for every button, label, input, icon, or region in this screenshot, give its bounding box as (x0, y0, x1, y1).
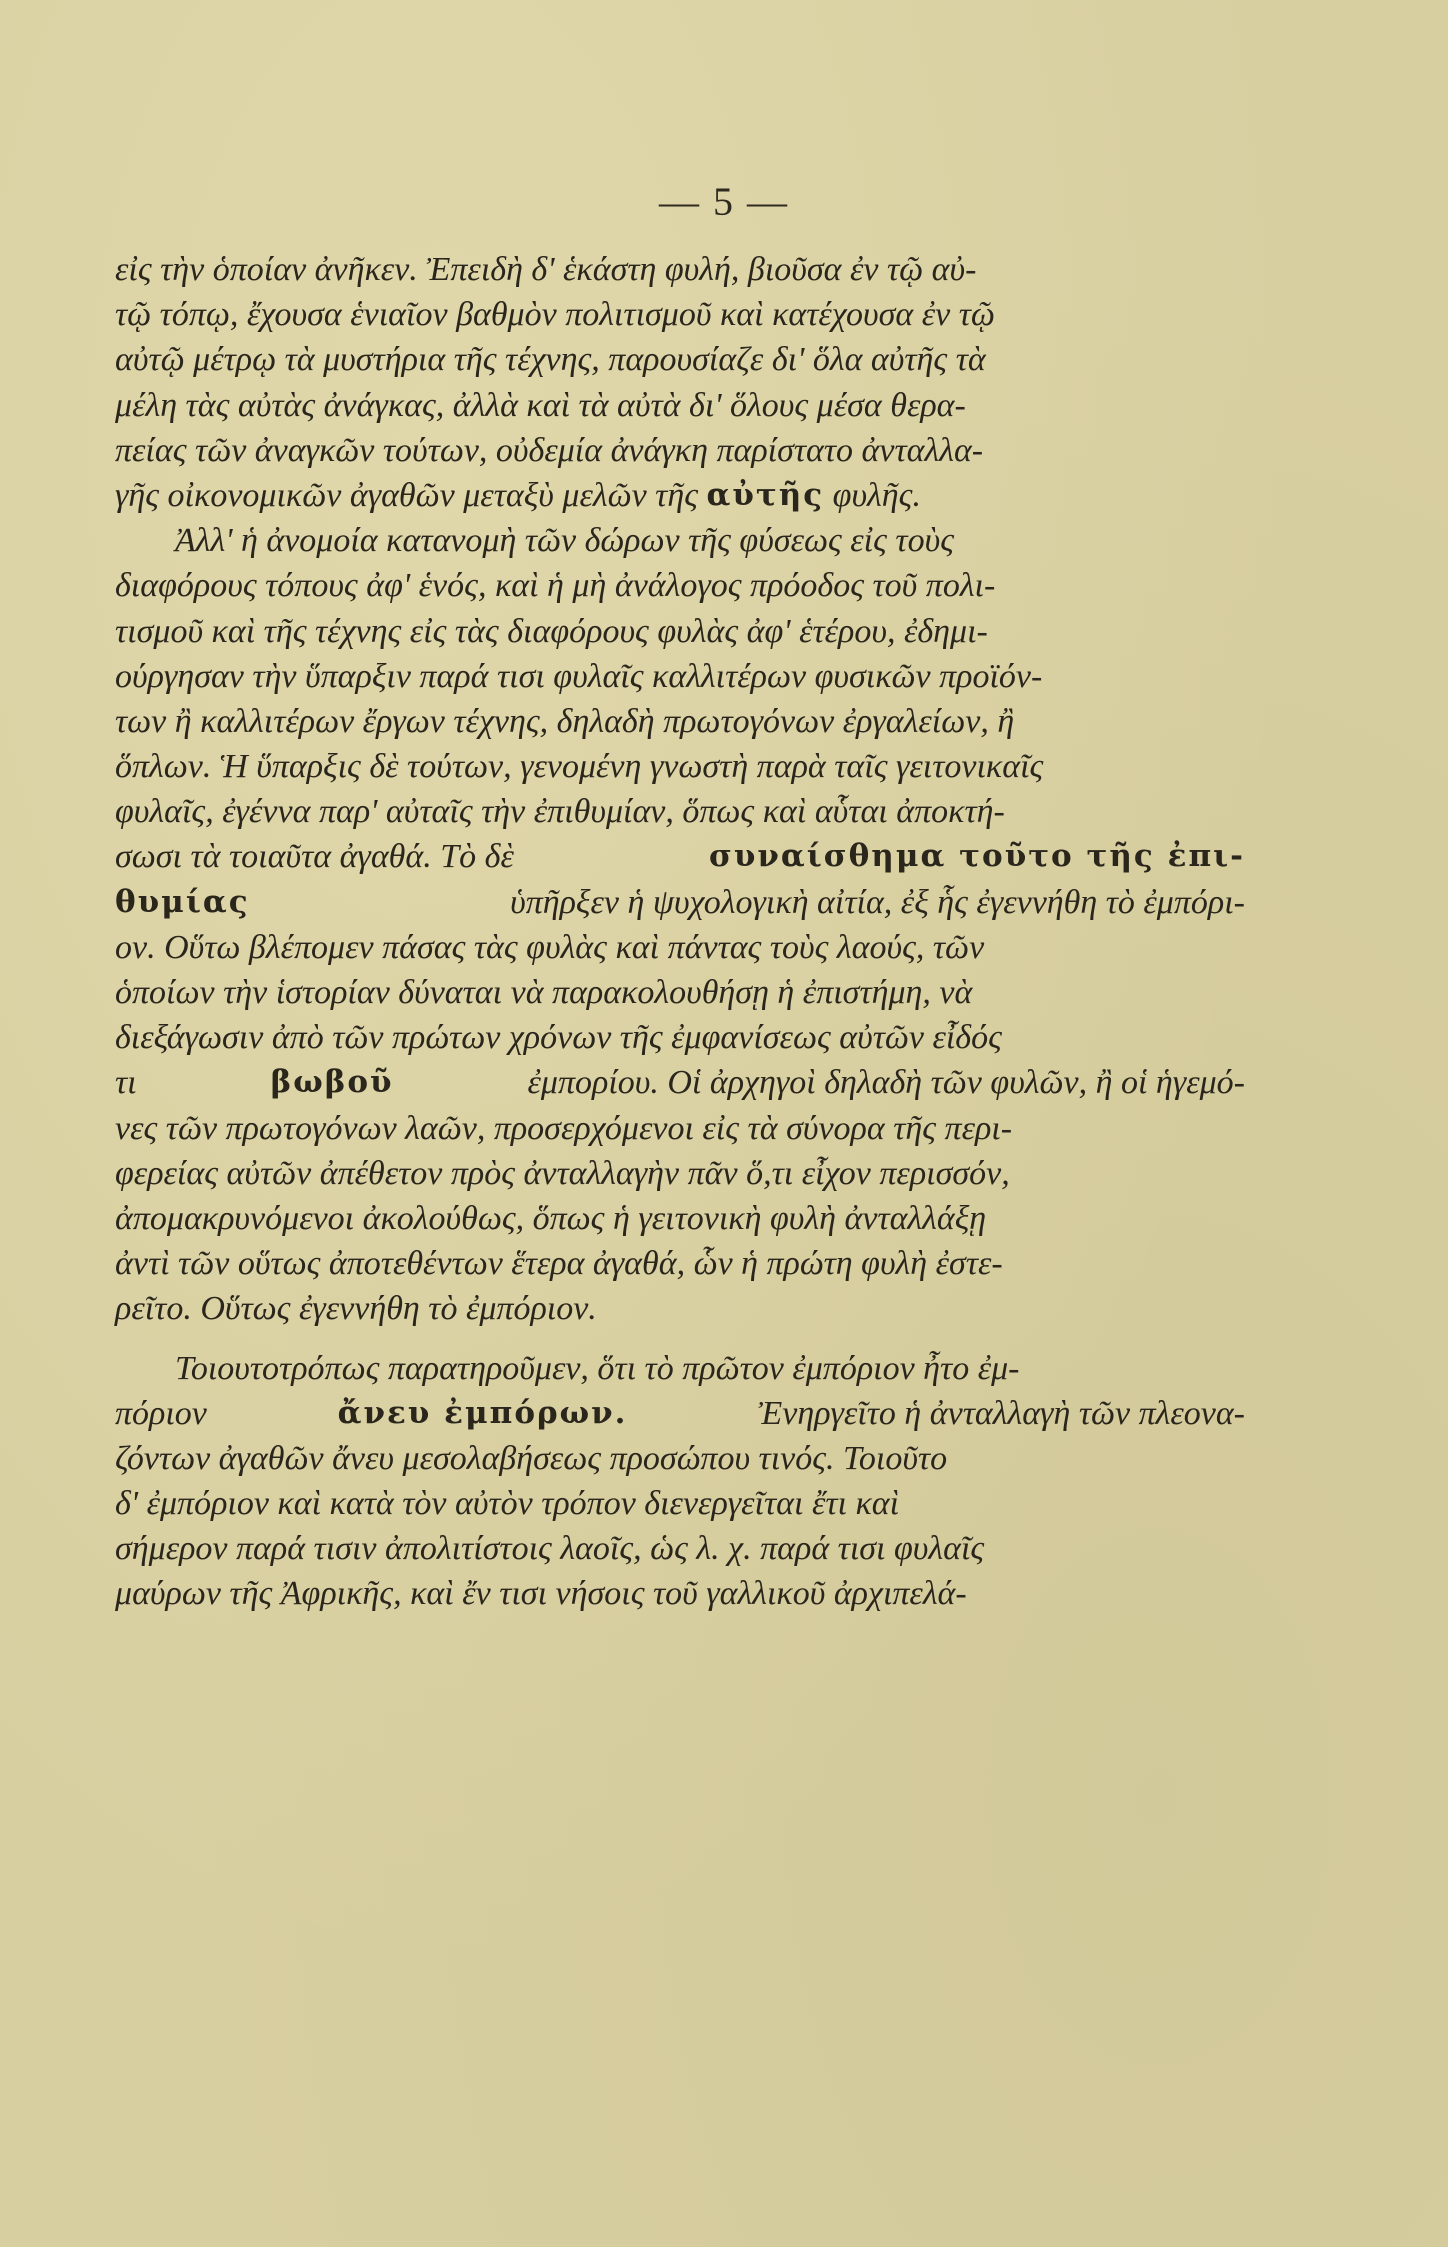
text-segment: φυλαῖς, ἐγέννα παρ' αὐταῖς τὴν ἐπιθυμίαν… (115, 789, 1005, 834)
text-line: εἰς τὴν ὁποίαν ἀνῆκεν. Ἐπειδὴ δ' ἑκάστη … (115, 247, 1245, 292)
text-segment: των ἢ καλλιτέρων ἔργων τέχνης, δηλαδὴ πρ… (115, 699, 1014, 744)
text-line: σήμερον παρά τισιν ἀπολιτίστοις λαοῖς, ὡ… (115, 1526, 1245, 1571)
text-segment: σήμερον παρά τισιν ἀπολιτίστοις λαοῖς, ὡ… (115, 1526, 984, 1571)
text-segment: εἰς τὴν ὁποίαν ἀνῆκεν. Ἐπειδὴ δ' ἑκάστη … (115, 247, 976, 292)
text-line: Ἀλλ' ἡ ἀνομοία κατανομὴ τῶν δώρων τῆς φύ… (115, 518, 1245, 563)
emphasized-text: θυμίας (115, 880, 250, 925)
text-line: τῷ τόπῳ, ἔχουσα ἑνιαῖον βαθμὸν πολιτισμο… (115, 292, 1245, 337)
text-segment: διεξάγωσιν ἀπὸ τῶν πρώτων χρόνων τῆς ἐμφ… (115, 1015, 1002, 1060)
text-segment: φυλῆς. (824, 473, 921, 518)
paragraph: Τοιουτοτρόπως παρατηροῦμεν, ὅτι τὸ πρῶτο… (115, 1346, 1245, 1617)
text-segment: δ' ἐμπόριον καὶ κατὰ τὸν αὐτὸν τρόπον δι… (115, 1481, 899, 1526)
text-line: μέλη τὰς αὐτὰς ἀνάγκας, ἀλλὰ καὶ τὰ αὐτὰ… (115, 383, 1245, 428)
paragraph: εἰς τὴν ὁποίαν ἀνῆκεν. Ἐπειδὴ δ' ἑκάστη … (115, 247, 1245, 518)
text-line: τισμοῦ καὶ τῆς τέχνης εἰς τὰς διαφόρους … (115, 609, 1245, 654)
text-segment: σωσι τὰ τοιαῦτα ἀγαθά. Τὸ δὲ (115, 834, 522, 879)
text-line: τι βωβοῦ ἐμπορίου. Οἱ ἀρχηγοὶ δηλαδὴ τῶν… (115, 1060, 1245, 1105)
text-line: δ' ἐμπόριον καὶ κατὰ τὸν αὐτὸν τρόπον δι… (115, 1481, 1245, 1526)
text-line: ούργησαν τὴν ὕπαρξιν παρά τισι φυλαῖς κα… (115, 654, 1245, 699)
text-segment: ὅπλων. Ἡ ὕπαρξις δὲ τούτων, γενομένη γνω… (115, 744, 1043, 789)
text-segment: ὑπῆρξεν ἡ ψυχολογικὴ αἰτία, ἐξ ἧς ἐγεννή… (502, 880, 1245, 925)
text-segment: τισμοῦ καὶ τῆς τέχνης εἰς τὰς διαφόρους … (115, 609, 988, 654)
text-line: φερείας αὐτῶν ἀπέθετον πρὸς ἀνταλλαγὴν π… (115, 1151, 1245, 1196)
text-segment: μαύρων τῆς Ἀφρικῆς, καὶ ἔν τισι νήσοις τ… (115, 1571, 967, 1616)
text-segment: ἀντὶ τῶν οὕτως ἀποτεθέντων ἕτερα ἀγαθά, … (115, 1241, 1003, 1286)
text-segment: ρεῖτο. Οὕτως ἐγεννήθη τὸ ἐμπόριον. (115, 1286, 597, 1331)
text-line: ἀπομακρυνόμενοι ἀκολούθως, ὅπως ἡ γειτον… (115, 1196, 1245, 1241)
text-segment: ἐμπορίου. Οἱ ἀρχηγοὶ δηλαδὴ τῶν φυλῶν, ἢ… (519, 1060, 1245, 1105)
text-line: μαύρων τῆς Ἀφρικῆς, καὶ ἔν τισι νήσοις τ… (115, 1571, 1245, 1616)
text-line: αὐτῷ μέτρῳ τὰ μυστήρια τῆς τέχνης, παρου… (115, 337, 1245, 382)
emphasized-text: βωβοῦ (271, 1060, 394, 1105)
text-segment: πόριον (115, 1391, 215, 1436)
text-segment: Τοιουτοτρόπως παρατηροῦμεν, ὅτι τὸ πρῶτο… (175, 1346, 1020, 1391)
text-segment: νες τῶν πρωτογόνων λαῶν, προσερχόμενοι ε… (115, 1106, 1012, 1151)
emphasized-text: ἄνευ ἐμπόρων. (338, 1391, 628, 1436)
text-segment: γῆς οἰκονομικῶν ἀγαθῶν μεταξὺ μελῶν τῆς (115, 473, 707, 518)
paragraph: Ἀλλ' ἡ ἀνομοία κατανομὴ τῶν δώρων τῆς φύ… (115, 518, 1245, 1331)
text-line: ἀντὶ τῶν οὕτως ἀποτεθέντων ἕτερα ἀγαθά, … (115, 1241, 1245, 1286)
text-segment: τῷ τόπῳ, ἔχουσα ἑνιαῖον βαθμὸν πολιτισμο… (115, 292, 995, 337)
text-segment: Ἀλλ' ἡ ἀνομοία κατανομὴ τῶν δώρων τῆς φύ… (175, 518, 954, 563)
text-line: σωσι τὰ τοιαῦτα ἀγαθά. Τὸ δὲ συναίσθημα … (115, 834, 1245, 879)
text-line: νες τῶν πρωτογόνων λαῶν, προσερχόμενοι ε… (115, 1106, 1245, 1151)
text-segment: ὁποίων τὴν ἱστορίαν δύναται νὰ παρακολου… (115, 970, 972, 1015)
body-text: εἰς τὴν ὁποίαν ἀνῆκεν. Ἐπειδὴ δ' ἑκάστη … (115, 247, 1245, 1617)
text-segment: ούργησαν τὴν ὕπαρξιν παρά τισι φυλαῖς κα… (115, 654, 1042, 699)
emphasized-text: συναίσθημα τοῦτο τῆς ἐπι- (709, 834, 1245, 879)
text-line: ὁποίων τὴν ἱστορίαν δύναται νὰ παρακολου… (115, 970, 1245, 1015)
text-segment: τι (115, 1060, 145, 1105)
text-line: διεξάγωσιν ἀπὸ τῶν πρώτων χρόνων τῆς ἐμφ… (115, 1015, 1245, 1060)
text-segment: ον. Οὕτω βλέπομεν πάσας τὰς φυλὰς καὶ πά… (115, 925, 984, 970)
text-line: των ἢ καλλιτέρων ἔργων τέχνης, δηλαδὴ πρ… (115, 699, 1245, 744)
text-line: θυμίας ὑπῆρξεν ἡ ψυχολογικὴ αἰτία, ἐξ ἧς… (115, 880, 1245, 925)
text-line: πείας τῶν ἀναγκῶν τούτων, οὐδεμία ἀνάγκη… (115, 428, 1245, 473)
text-line: διαφόρους τόπους ἀφ' ἑνός, καὶ ἡ μὴ ἀνάλ… (115, 563, 1245, 608)
text-segment: φερείας αὐτῶν ἀπέθετον πρὸς ἀνταλλαγὴν π… (115, 1151, 1010, 1196)
page-number: — 5 — (0, 178, 1448, 225)
text-line: πόριον ἄνευ ἐμπόρων. Ἐνηργεῖτο ἡ ἀνταλλα… (115, 1391, 1245, 1436)
emphasized-text: αὐτῆς (707, 473, 825, 518)
text-line: φυλαῖς, ἐγέννα παρ' αὐταῖς τὴν ἐπιθυμίαν… (115, 789, 1245, 834)
text-line: Τοιουτοτρόπως παρατηροῦμεν, ὅτι τὸ πρῶτο… (115, 1346, 1245, 1391)
text-segment: πείας τῶν ἀναγκῶν τούτων, οὐδεμία ἀνάγκη… (115, 428, 983, 473)
text-segment: αὐτῷ μέτρῳ τὰ μυστήρια τῆς τέχνης, παρου… (115, 337, 986, 382)
text-segment: Ἐνηργεῖτο ἡ ἀνταλλαγὴ τῶν πλεονα- (750, 1391, 1245, 1436)
text-line: ον. Οὕτω βλέπομεν πάσας τὰς φυλὰς καὶ πά… (115, 925, 1245, 970)
text-segment: μέλη τὰς αὐτὰς ἀνάγκας, ἀλλὰ καὶ τὰ αὐτὰ… (115, 383, 966, 428)
text-line: ὅπλων. Ἡ ὕπαρξις δὲ τούτων, γενομένη γνω… (115, 744, 1245, 789)
text-segment: διαφόρους τόπους ἀφ' ἑνός, καὶ ἡ μὴ ἀνάλ… (115, 563, 995, 608)
text-line: γῆς οἰκονομικῶν ἀγαθῶν μεταξὺ μελῶν τῆς … (115, 473, 1245, 518)
text-line: ζόντων ἀγαθῶν ἄνευ μεσολαβήσεως προσώπου… (115, 1436, 1245, 1481)
text-line: ρεῖτο. Οὕτως ἐγεννήθη τὸ ἐμπόριον. (115, 1286, 1245, 1331)
text-segment: ἀπομακρυνόμενοι ἀκολούθως, ὅπως ἡ γειτον… (115, 1196, 986, 1241)
text-segment: ζόντων ἀγαθῶν ἄνευ μεσολαβήσεως προσώπου… (115, 1436, 947, 1481)
